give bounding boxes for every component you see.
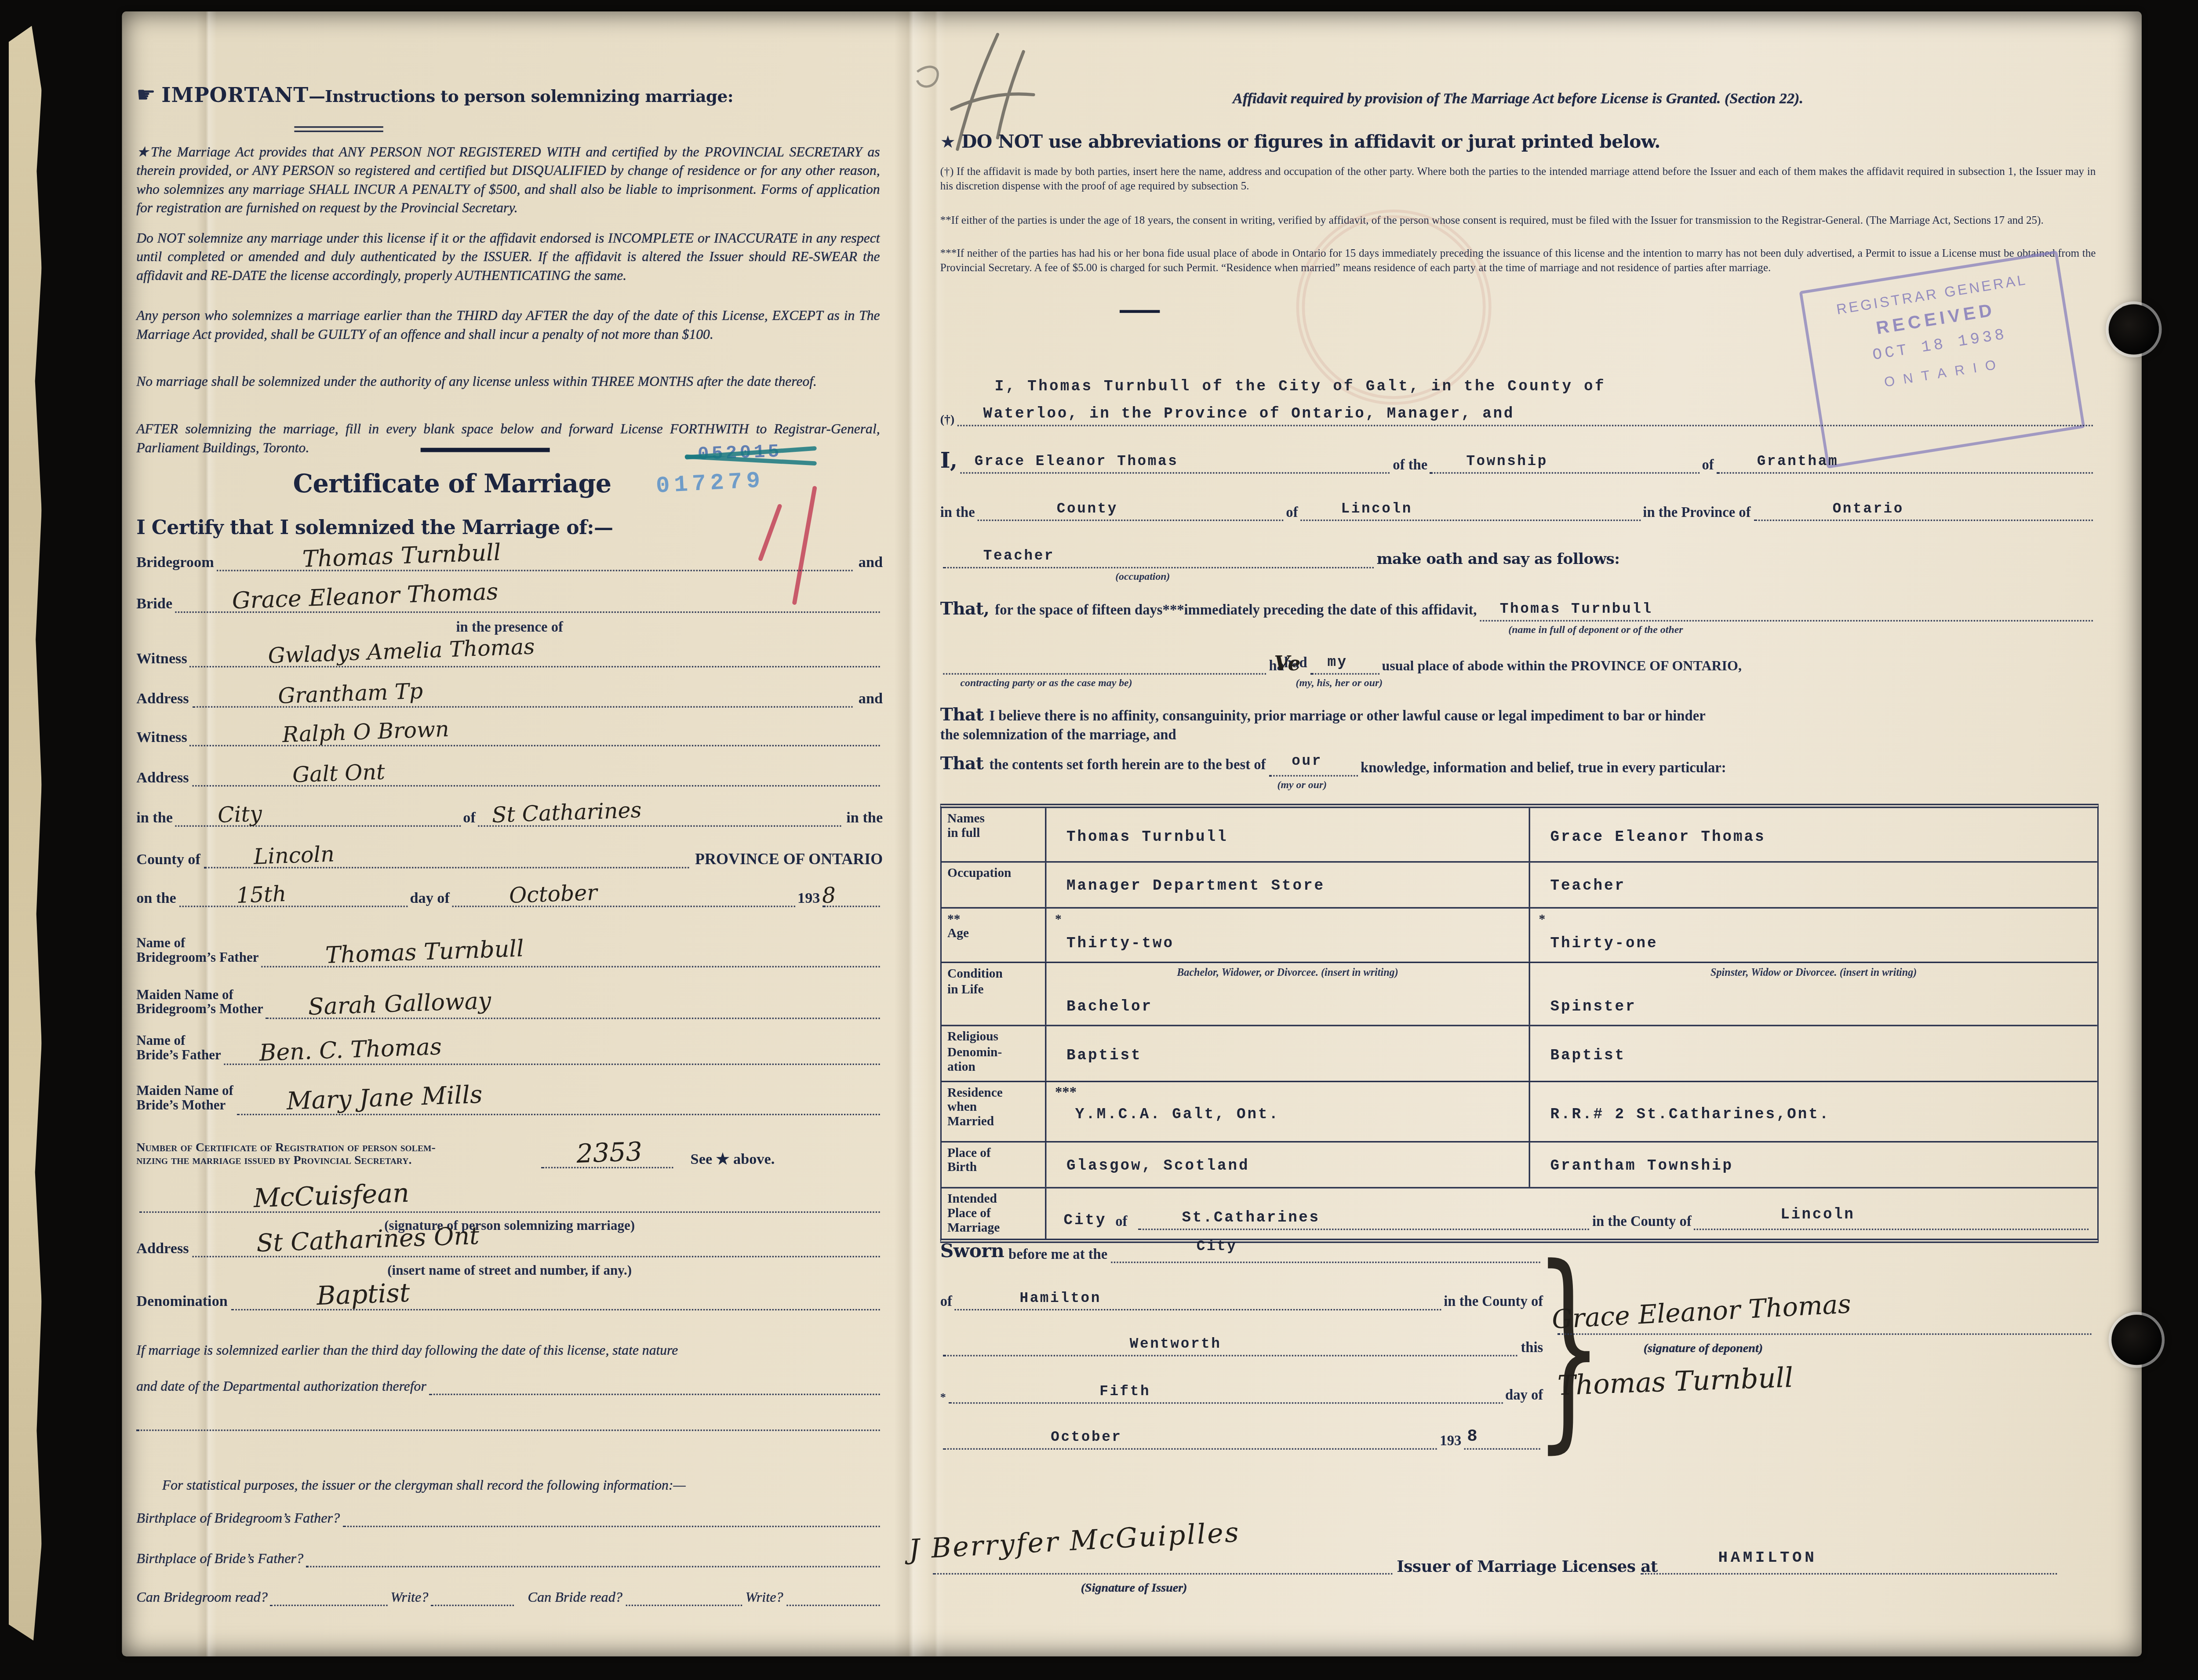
that-line-1b: contracting party or as the case may be)… <box>940 651 2096 674</box>
occupation-typed: Teacher <box>983 550 1055 566</box>
punch-hole-bottom <box>2111 1315 2162 1365</box>
grantham-typed: Grantham <box>1757 455 1839 471</box>
affidavit-line-4: in the County of Lincoln in the Province… <box>940 498 2096 521</box>
issuer-signature-line <box>933 1573 1392 1575</box>
field-bride-mother: Maiden Name of Bride’s Mother Mary Jane … <box>136 1078 883 1115</box>
field-solemnizer-address: Address St Catharines Ont <box>136 1234 883 1257</box>
groom-religion: Baptist <box>1066 1048 1142 1065</box>
field-registration-number: Number of Certificate of Registration of… <box>136 1128 883 1168</box>
sworn-year-typed: 8 <box>1467 1427 1479 1447</box>
affidavit-line-3: I, Grace Eleanor Thomas of the Township … <box>940 451 2096 473</box>
certify-line: I Certify that I solemnized the Marriage… <box>136 517 613 540</box>
sworn-line-1: Sworn before me at the City <box>940 1240 1543 1263</box>
table-row-residence: Residence when Married ***Y.M.C.A. Galt,… <box>942 1080 2097 1140</box>
bride-condition-caption: Spinster, Widow or Divorcee. (insert in … <box>1710 967 1917 979</box>
address-caption: (insert name of street and number, if an… <box>136 1265 883 1279</box>
bride-name: Grace Eleanor Thomas <box>1550 829 1766 847</box>
see-above-note: See ★ above. <box>691 1151 775 1168</box>
bride-mother-handwritten: Mary Jane Mills <box>285 1081 482 1117</box>
our-typed: our <box>1292 755 1322 771</box>
year-handwritten: 8 <box>822 882 837 909</box>
table-row-occupation: Occupation Manager Department Store Teac… <box>942 862 2097 908</box>
punch-hole-top <box>2109 304 2159 354</box>
important-header: ☛ IMPORTANT—Instructions to person solem… <box>136 82 883 109</box>
license-note-line1: If marriage is solemnized earlier than t… <box>136 1343 880 1359</box>
field-bridegroom: Bridegroom Thomas Turnbull and <box>136 548 883 571</box>
day-handwritten: 15th <box>236 881 287 909</box>
oath-text: make oath and say as follows: <box>1376 551 1619 568</box>
registrar-received-stamp: REGISTRAR GENERAL RECEIVED OCT 18 1938 O… <box>1799 251 2085 469</box>
groom-condition: Bachelor <box>1066 1000 1153 1017</box>
my-or-our-caption: (my or our) <box>1277 778 1327 791</box>
sworn-month-typed: October <box>1051 1431 1122 1447</box>
affidavit-line-2: (†) Waterloo, in the Province of Ontario… <box>940 404 2096 426</box>
statistical-note: For statistical purposes, the issuer or … <box>162 1478 880 1494</box>
intended-place-typed: St.Catharines <box>1182 1210 1320 1227</box>
blank-dotted-line <box>136 1429 880 1431</box>
line2-typed: Waterloo, in the Province of Ontario, Ma… <box>983 406 1514 423</box>
bride-religion: Baptist <box>1550 1048 1626 1065</box>
bride-name-typed: Grace Eleanor Thomas <box>975 455 1179 471</box>
bride-name-handwritten: Grace Eleanor Thomas <box>232 578 499 614</box>
deponent-name-typed: Thomas Turnbull <box>1500 603 1653 618</box>
intended-city-typed: City <box>1064 1213 1107 1230</box>
county-handwritten: Lincoln <box>253 841 335 870</box>
field-municipality: in the City of St Catharines in the <box>136 804 883 827</box>
address2-handwritten: Galt Ont <box>291 759 385 788</box>
pencil-scribbles <box>897 23 1055 159</box>
issuer-place-typed: HAMILTON <box>1718 1550 1817 1567</box>
occupation-caption: (occupation) <box>1115 570 1170 582</box>
instructions-paragraph-1: ★The Marriage Act provides that ANY PERS… <box>136 144 880 218</box>
dagger-marker: (†) <box>940 412 954 426</box>
torn-paper-edge <box>9 26 42 1640</box>
witness1-handwritten: Gwladys Amelia Thomas <box>268 634 536 669</box>
that-line-1: That, for the space of fifteen days***im… <box>940 599 2096 622</box>
table-row-birthplace: Place of Birth Glasgow, Scotland Grantha… <box>942 1140 2097 1186</box>
groom-name: Thomas Turnbull <box>1066 829 1228 847</box>
certificate-title: Certificate of Marriage <box>136 471 768 499</box>
table-row-condition: Condition in Life Bachelor, Widower, or … <box>942 962 2097 1025</box>
sworn-county-typed: Wentworth <box>1130 1338 1222 1353</box>
deponent-signature-line <box>1558 1333 2092 1335</box>
groom-residence: Y.M.C.A. Galt, Ont. <box>1075 1106 1280 1123</box>
table-row-age: ** Age *Thirty-two *Thirty-one <box>942 908 2097 962</box>
table-row-religion: Religious Denomin- ation Baptist Baptist <box>942 1025 2097 1080</box>
field-literacy: Can Bridegroom read? Write? Can Bride re… <box>136 1583 883 1606</box>
registration-number-handwritten: 2353 <box>576 1137 643 1170</box>
section-divider-rule <box>421 448 550 451</box>
bridegroom-name-handwritten: Thomas Turnbull <box>302 538 502 573</box>
sworn-line-5: October 193 8 <box>940 1427 1543 1450</box>
my-his-caption: (my, his, her or our) <box>1296 676 1383 689</box>
field-witness-2: Witness Ralph O Brown <box>136 724 883 746</box>
solemnizer-signature-caption: (signature of person solemnizing marriag… <box>136 1220 883 1235</box>
field-address-1: Address Grantham Tp and <box>136 685 883 708</box>
bride-occupation: Teacher <box>1550 879 1626 896</box>
field-bridegroom-mother: Maiden Name of Bridegroom’s Mother Sarah… <box>136 982 883 1019</box>
ve-handwritten-overwrite: Ve <box>1274 653 1300 676</box>
county-typed: County <box>1057 502 1118 518</box>
issuer-place-line <box>1641 1573 2057 1575</box>
sworn-city-typed: City <box>1197 1240 1237 1256</box>
document-paper: ☛ IMPORTANT—Instructions to person solem… <box>122 11 2142 1656</box>
presence-line: in the presence of <box>136 620 883 636</box>
groom-condition-caption: Bachelor, Widower, or Divorcee. (insert … <box>1177 967 1398 979</box>
license-note-line2: and date of the Departmental authorizati… <box>136 1372 883 1395</box>
scanned-marriage-license: ☛ IMPORTANT—Instructions to person solem… <box>0 0 2198 1680</box>
sworn-line-3: Wentworth this <box>940 1333 1543 1356</box>
bride-birthplace: Grantham Township <box>1550 1158 1733 1175</box>
month-handwritten: October <box>509 880 598 909</box>
denomination-handwritten: Baptist <box>316 1279 410 1312</box>
intended-county-typed: Lincoln <box>1780 1207 1855 1224</box>
footnote-triple-star: ***If neither of the parties has had his… <box>940 247 2096 276</box>
header-rule <box>294 126 383 132</box>
field-birthplace-bridegroom-father: Birthplace of Bridegroom’s Father? <box>136 1504 883 1527</box>
bride-condition: Spinster <box>1550 1000 1637 1017</box>
abode-text: usual place of abode within the PROVINCE… <box>1382 659 1742 675</box>
footnote-dagger: (†) If the affidavit is made by both par… <box>940 165 2096 194</box>
deponent-signature-caption: (signature of deponent) <box>1644 1341 1763 1355</box>
address1-handwritten: Grantham Tp <box>277 678 423 709</box>
affidavit-line-1: I, Thomas Turnbull of the City of Galt, … <box>995 379 1606 396</box>
field-bride: Bride Grace Eleanor Thomas <box>136 590 883 613</box>
instructions-paragraph-2: Do NOT solemnize any marriage under this… <box>136 229 880 285</box>
affidavit-table: Names in full Thomas Turnbull Grace Elea… <box>940 804 2099 1243</box>
sworn-line-4: * Fifth day of <box>940 1381 1543 1404</box>
footnote-double-star: **If either of the parties is under the … <box>940 214 2096 229</box>
groom-age: Thirty-two <box>1066 936 1174 953</box>
that-line-2: That I believe there is no affinity, con… <box>940 702 2096 744</box>
witness2-handwritten: Ralph O Brown <box>283 716 450 748</box>
pointing-hand-icon: ☛ <box>136 85 156 108</box>
deponent-caption-2: contracting party or as the case may be) <box>960 676 1132 689</box>
field-county: County of Lincoln PROVINCE OF ONTARIO <box>136 845 883 868</box>
groom-occupation: Manager Department Store <box>1066 879 1325 896</box>
township-typed: Township <box>1466 455 1548 471</box>
ontario-typed: Ontario <box>1833 502 1904 518</box>
affidavit-line-5: Teacher (occupation) make oath and say a… <box>940 545 2096 568</box>
table-row-names: Names in full Thomas Turnbull Grace Elea… <box>942 808 2097 861</box>
sworn-day-typed: Fifth <box>1099 1385 1150 1401</box>
my-typed: my <box>1327 656 1347 672</box>
jurat-brace: } <box>1535 1240 1603 1455</box>
bride-age: Thirty-one <box>1550 936 1658 953</box>
sworn-line-2: of Hamilton in the County of <box>940 1287 1543 1310</box>
section-dash <box>1120 310 1160 313</box>
issuer-signature-caption: (Signature of Issuer) <box>1081 1580 1187 1595</box>
field-solemnizer-signature: McCuisfean <box>136 1190 883 1213</box>
field-witness-1: Witness Gwladys Amelia Thomas <box>136 644 883 667</box>
deponent-caption-1: (name in full of deponent or of the othe… <box>1508 623 1683 636</box>
issuer-signature: J Berryfer McGuiplles <box>908 1517 1241 1566</box>
field-address-2: Address Galt Ont <box>136 764 883 786</box>
field-denomination: Denomination Baptist <box>136 1287 883 1310</box>
sworn-municipality-typed: Hamilton <box>1019 1292 1101 1308</box>
issuer-label: Issuer of Marriage Licenses at <box>1397 1557 1658 1576</box>
affidavit-title: Affidavit required by provision of The M… <box>940 92 2096 108</box>
embossed-seal <box>1296 210 1492 405</box>
province-label: PROVINCE OF ONTARIO <box>695 851 883 868</box>
bride-father-handwritten: Ben. C. Thomas <box>259 1033 442 1066</box>
do-not-line: ★ DO NOT use abbreviations or figures in… <box>940 129 2096 155</box>
table-row-intended-place: Intended Place of Marriage City of St.Ca… <box>942 1187 2097 1239</box>
solemnizer-signature-handwritten: McCuisfean <box>253 1179 410 1215</box>
lincoln-typed: Lincoln <box>1341 502 1412 518</box>
bridegroom-father-handwritten: Thomas Turnbull <box>325 935 525 969</box>
instructions-paragraph-3: Any person who solemnizes a marriage ear… <box>136 307 880 345</box>
important-subtitle: —Instructions to person solemnizing marr… <box>309 86 733 106</box>
instructions-paragraph-4: No marriage shall be solemnized under th… <box>136 373 880 392</box>
bride-residence: R.R.# 2 St.Catharines,Ont. <box>1550 1106 1830 1123</box>
bridegroom-mother-handwritten: Sarah Galloway <box>308 987 492 1021</box>
that-line-3: That the contents set forth herein are t… <box>940 753 2096 776</box>
red-check-mark <box>792 486 817 605</box>
blackletter-I: I, <box>940 448 957 474</box>
field-birthplace-bride-father: Birthplace of Bride’s Father? <box>136 1544 883 1567</box>
field-bride-father: Name of Bride’s Father Ben. C. Thomas <box>136 1028 883 1065</box>
city-handwritten: City <box>218 801 263 828</box>
place-handwritten: St Catharines <box>492 797 643 828</box>
groom-birthplace: Glasgow, Scotland <box>1066 1158 1249 1175</box>
field-bridegroom-father: Name of Bridegroom’s Father Thomas Turnb… <box>136 930 883 967</box>
field-date: on the 15th day of October 193 8 <box>136 884 883 907</box>
important-label: IMPORTANT <box>161 85 309 108</box>
